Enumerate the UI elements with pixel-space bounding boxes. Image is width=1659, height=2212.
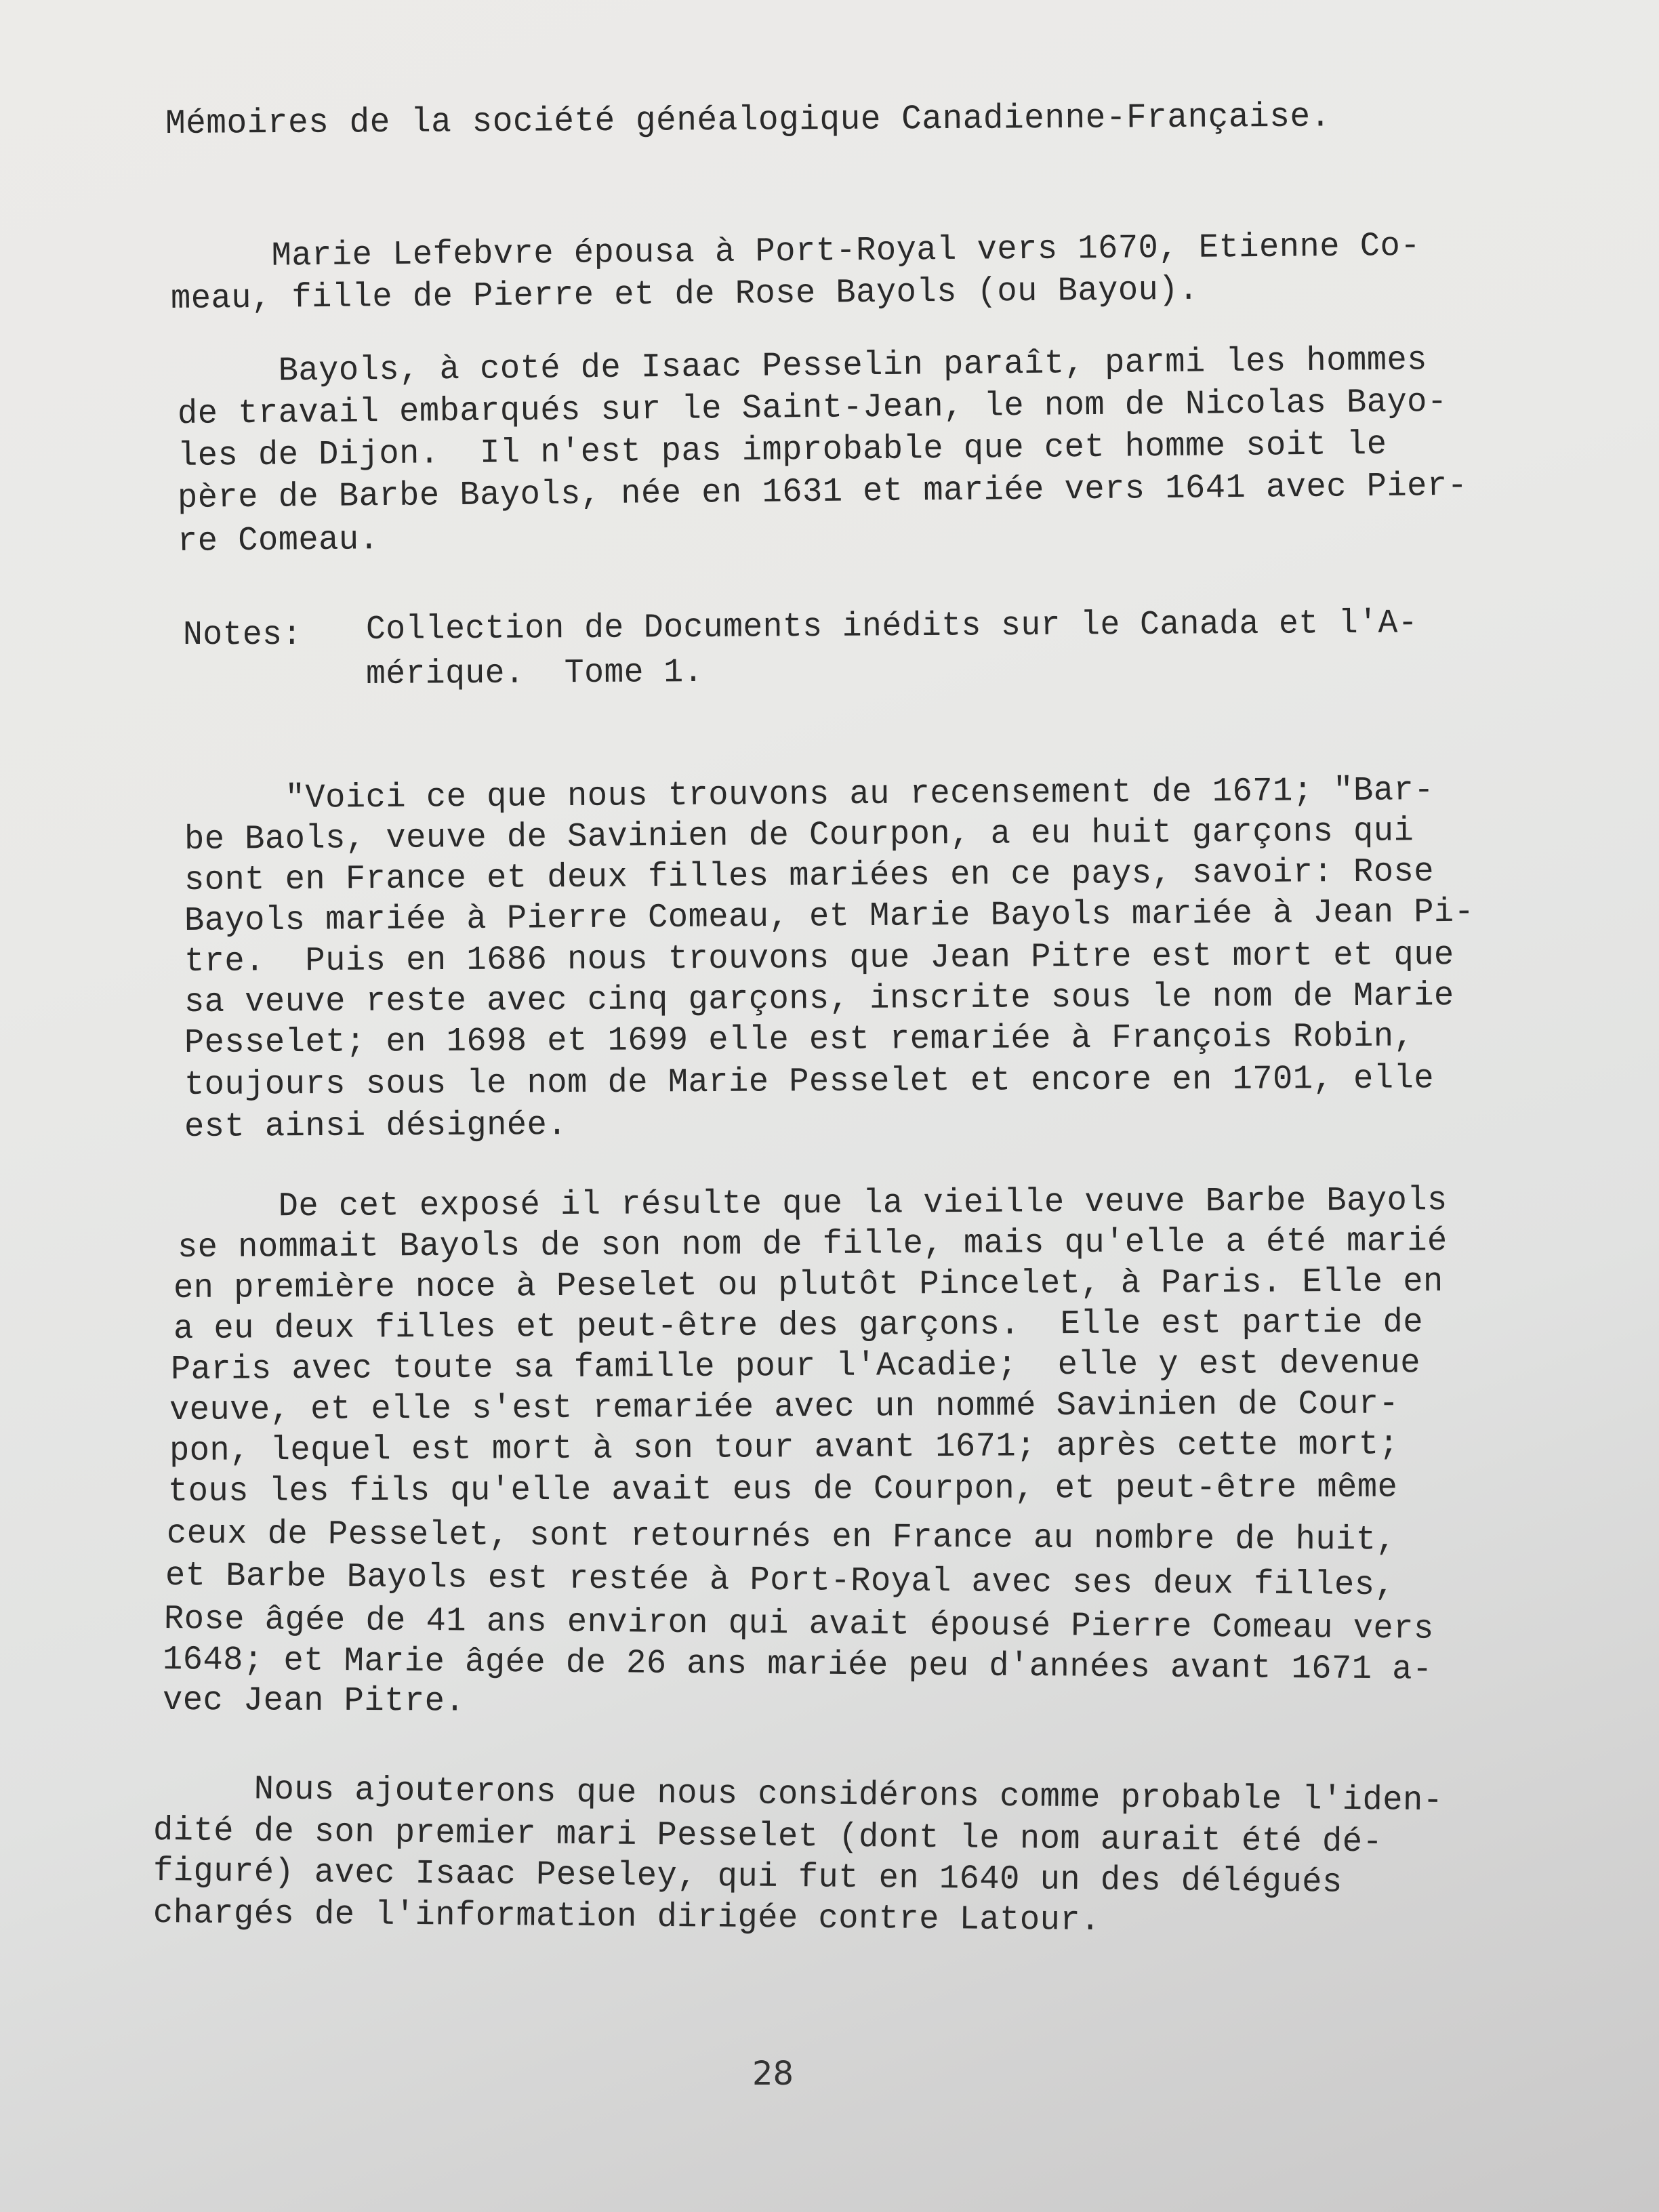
paragraph-3-line-9: est ainsi désignée.: [184, 1105, 567, 1148]
paragraph-2-line-5: re Comeau.: [178, 520, 380, 562]
paragraph-3-line-8: toujours sous le nom de Marie Pesselet e…: [184, 1059, 1434, 1106]
paragraph-4-line-5: Paris avec toute sa famille pour l'Acadi…: [171, 1343, 1420, 1391]
paragraph-4-line-6: veuve, et elle s'est remariée avec un no…: [169, 1385, 1399, 1431]
paragraph-3-line-7: Pesselet; en 1698 et 1699 elle est remar…: [184, 1017, 1414, 1064]
paragraph-3-line-6: sa veuve reste avec cinq garçons, inscri…: [184, 976, 1454, 1023]
paragraph-4-line-10: et Barbe Bayols est restée à Port-Royal …: [165, 1556, 1395, 1606]
document-page: Mémoires de la société généalogique Cana…: [0, 0, 1659, 2212]
notes-line-1: Collection de Documents inédits sur le C…: [366, 604, 1418, 651]
document-header: Mémoires de la société généalogique Cana…: [165, 97, 1331, 145]
paragraph-4-line-1: De cet exposé il résulte que la vieille …: [178, 1181, 1448, 1228]
page-number: 28: [752, 2055, 794, 2093]
paragraph-4-line-8: tous les fils qu'elle avait eus de Courp…: [168, 1468, 1397, 1513]
paragraph-4-line-13: vec Jean Pitre.: [163, 1681, 465, 1723]
paragraph-4-line-4: a eu deux filles et peut-être des garçon…: [173, 1303, 1423, 1350]
paragraph-1-line-2: meau, fille de Pierre et de Rose Bayols …: [171, 270, 1199, 320]
paragraph-4-line-9: ceux de Pesselet, sont retournés en Fran…: [167, 1514, 1397, 1561]
paragraph-4-line-7: pon, lequel est mort à son tour avant 16…: [169, 1425, 1399, 1472]
notes-line-2: mérique. Tome 1.: [366, 653, 703, 695]
paragraph-4-line-2: se nommait Bayols de son nom de fille, m…: [178, 1221, 1448, 1269]
paragraph-5-line-4: chargés de l'information dirigée contre …: [153, 1893, 1101, 1942]
notes-label: Notes:: [183, 615, 302, 656]
paragraph-1-line-1: Marie Lefebvre épousa à Port-Royal vers …: [171, 226, 1420, 278]
paragraph-4-line-3: en première noce à Peselet ou plutôt Pin…: [173, 1262, 1443, 1309]
paragraph-3-line-4: Bayols mariée à Pierre Comeau, et Marie …: [184, 893, 1475, 942]
paragraph-3-line-5: tre. Puis en 1686 nous trouvons que Jean…: [184, 935, 1454, 983]
